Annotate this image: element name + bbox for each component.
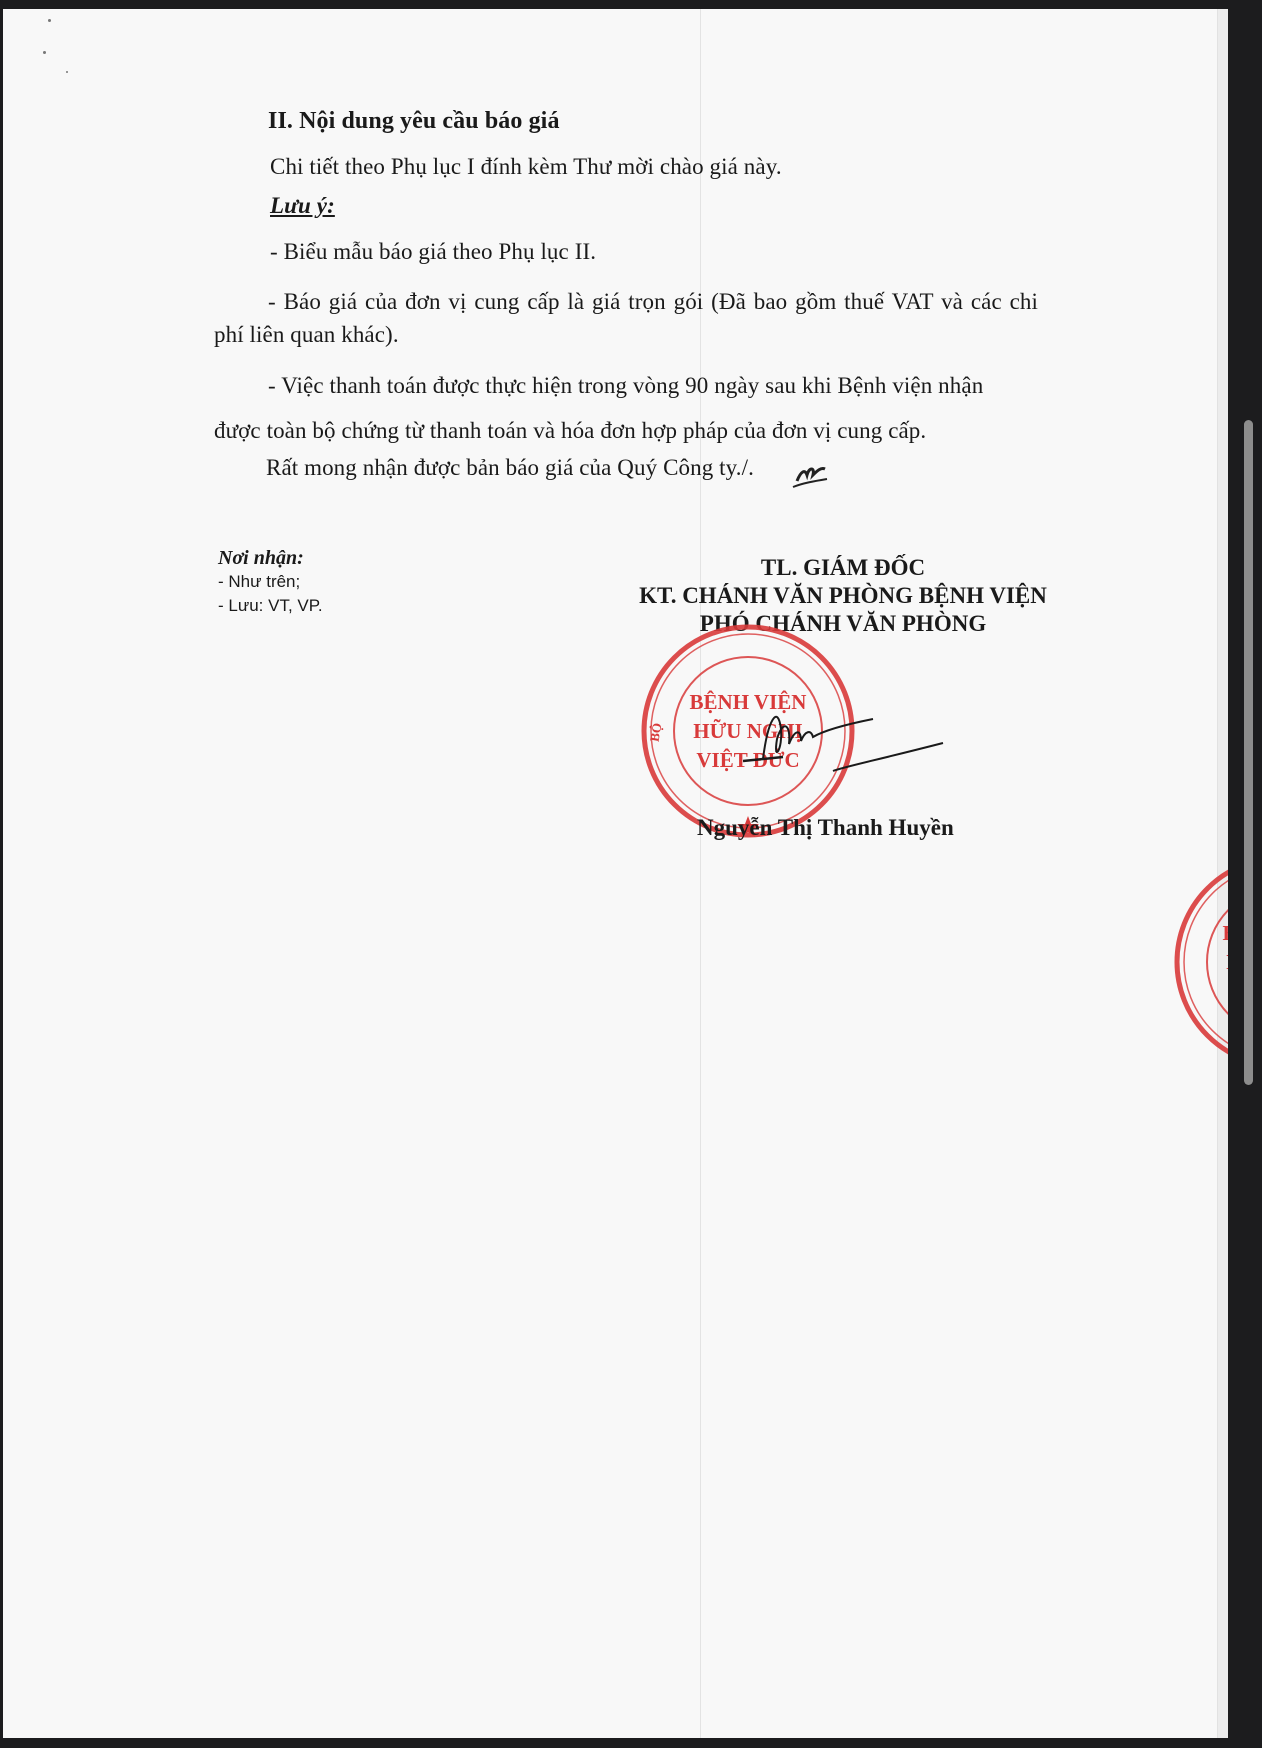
recipients-block: Nơi nhận: - Như trên; - Lưu: VT, VP. xyxy=(218,546,323,618)
scan-speck xyxy=(48,19,51,22)
section-heading: II. Nội dung yêu cầu báo giá xyxy=(268,108,560,135)
initial-mark-icon xyxy=(791,461,831,489)
note-line: phí liên quan khác). xyxy=(214,322,399,348)
svg-text:HỮU NGHỊ: HỮU NGHỊ xyxy=(1226,950,1228,974)
scan-speck xyxy=(66,71,68,73)
signature-title-line: KT. CHÁNH VĂN PHÒNG BỆNH VIỆN xyxy=(593,582,1093,610)
signature-title-line: TL. GIÁM ĐỐC xyxy=(593,554,1093,582)
note-label: Lưu ý: xyxy=(270,193,335,219)
scan-speck xyxy=(43,51,46,54)
vertical-scrollbar-thumb[interactable] xyxy=(1244,420,1253,1085)
note-line: - Việc thanh toán được thực hiện trong v… xyxy=(268,373,983,399)
intro-line: Chi tiết theo Phụ lục I đính kèm Thư mời… xyxy=(270,154,782,180)
signer-name: Nguyễn Thị Thanh Huyền xyxy=(697,815,954,841)
svg-text:BỆNH VIỆN: BỆNH VIỆN xyxy=(1223,921,1228,945)
fold-line xyxy=(700,9,701,1738)
note-line: được toàn bộ chứng từ thanh toán và hóa … xyxy=(214,418,926,444)
document-page: II. Nội dung yêu cầu báo giá Chi tiết th… xyxy=(3,9,1228,1738)
recipients-title: Nơi nhận: xyxy=(218,546,323,570)
closing-line: Rất mong nhận được bản báo giá của Quý C… xyxy=(266,455,754,481)
recipient-item: - Như trên; xyxy=(218,570,323,594)
note-line: - Biểu mẫu báo giá theo Phụ lục II. xyxy=(270,239,596,265)
svg-text:BỘ: BỘ xyxy=(647,722,665,743)
partial-stamp-icon: BỆNH VIỆN HỮU NGHỊ VIỆT ĐỨC xyxy=(1171,852,1228,1072)
note-line: - Báo giá của đơn vị cung cấp là giá trọ… xyxy=(268,289,1038,315)
recipient-item: - Lưu: VT, VP. xyxy=(218,594,323,618)
handwritten-signature-icon xyxy=(743,699,953,779)
